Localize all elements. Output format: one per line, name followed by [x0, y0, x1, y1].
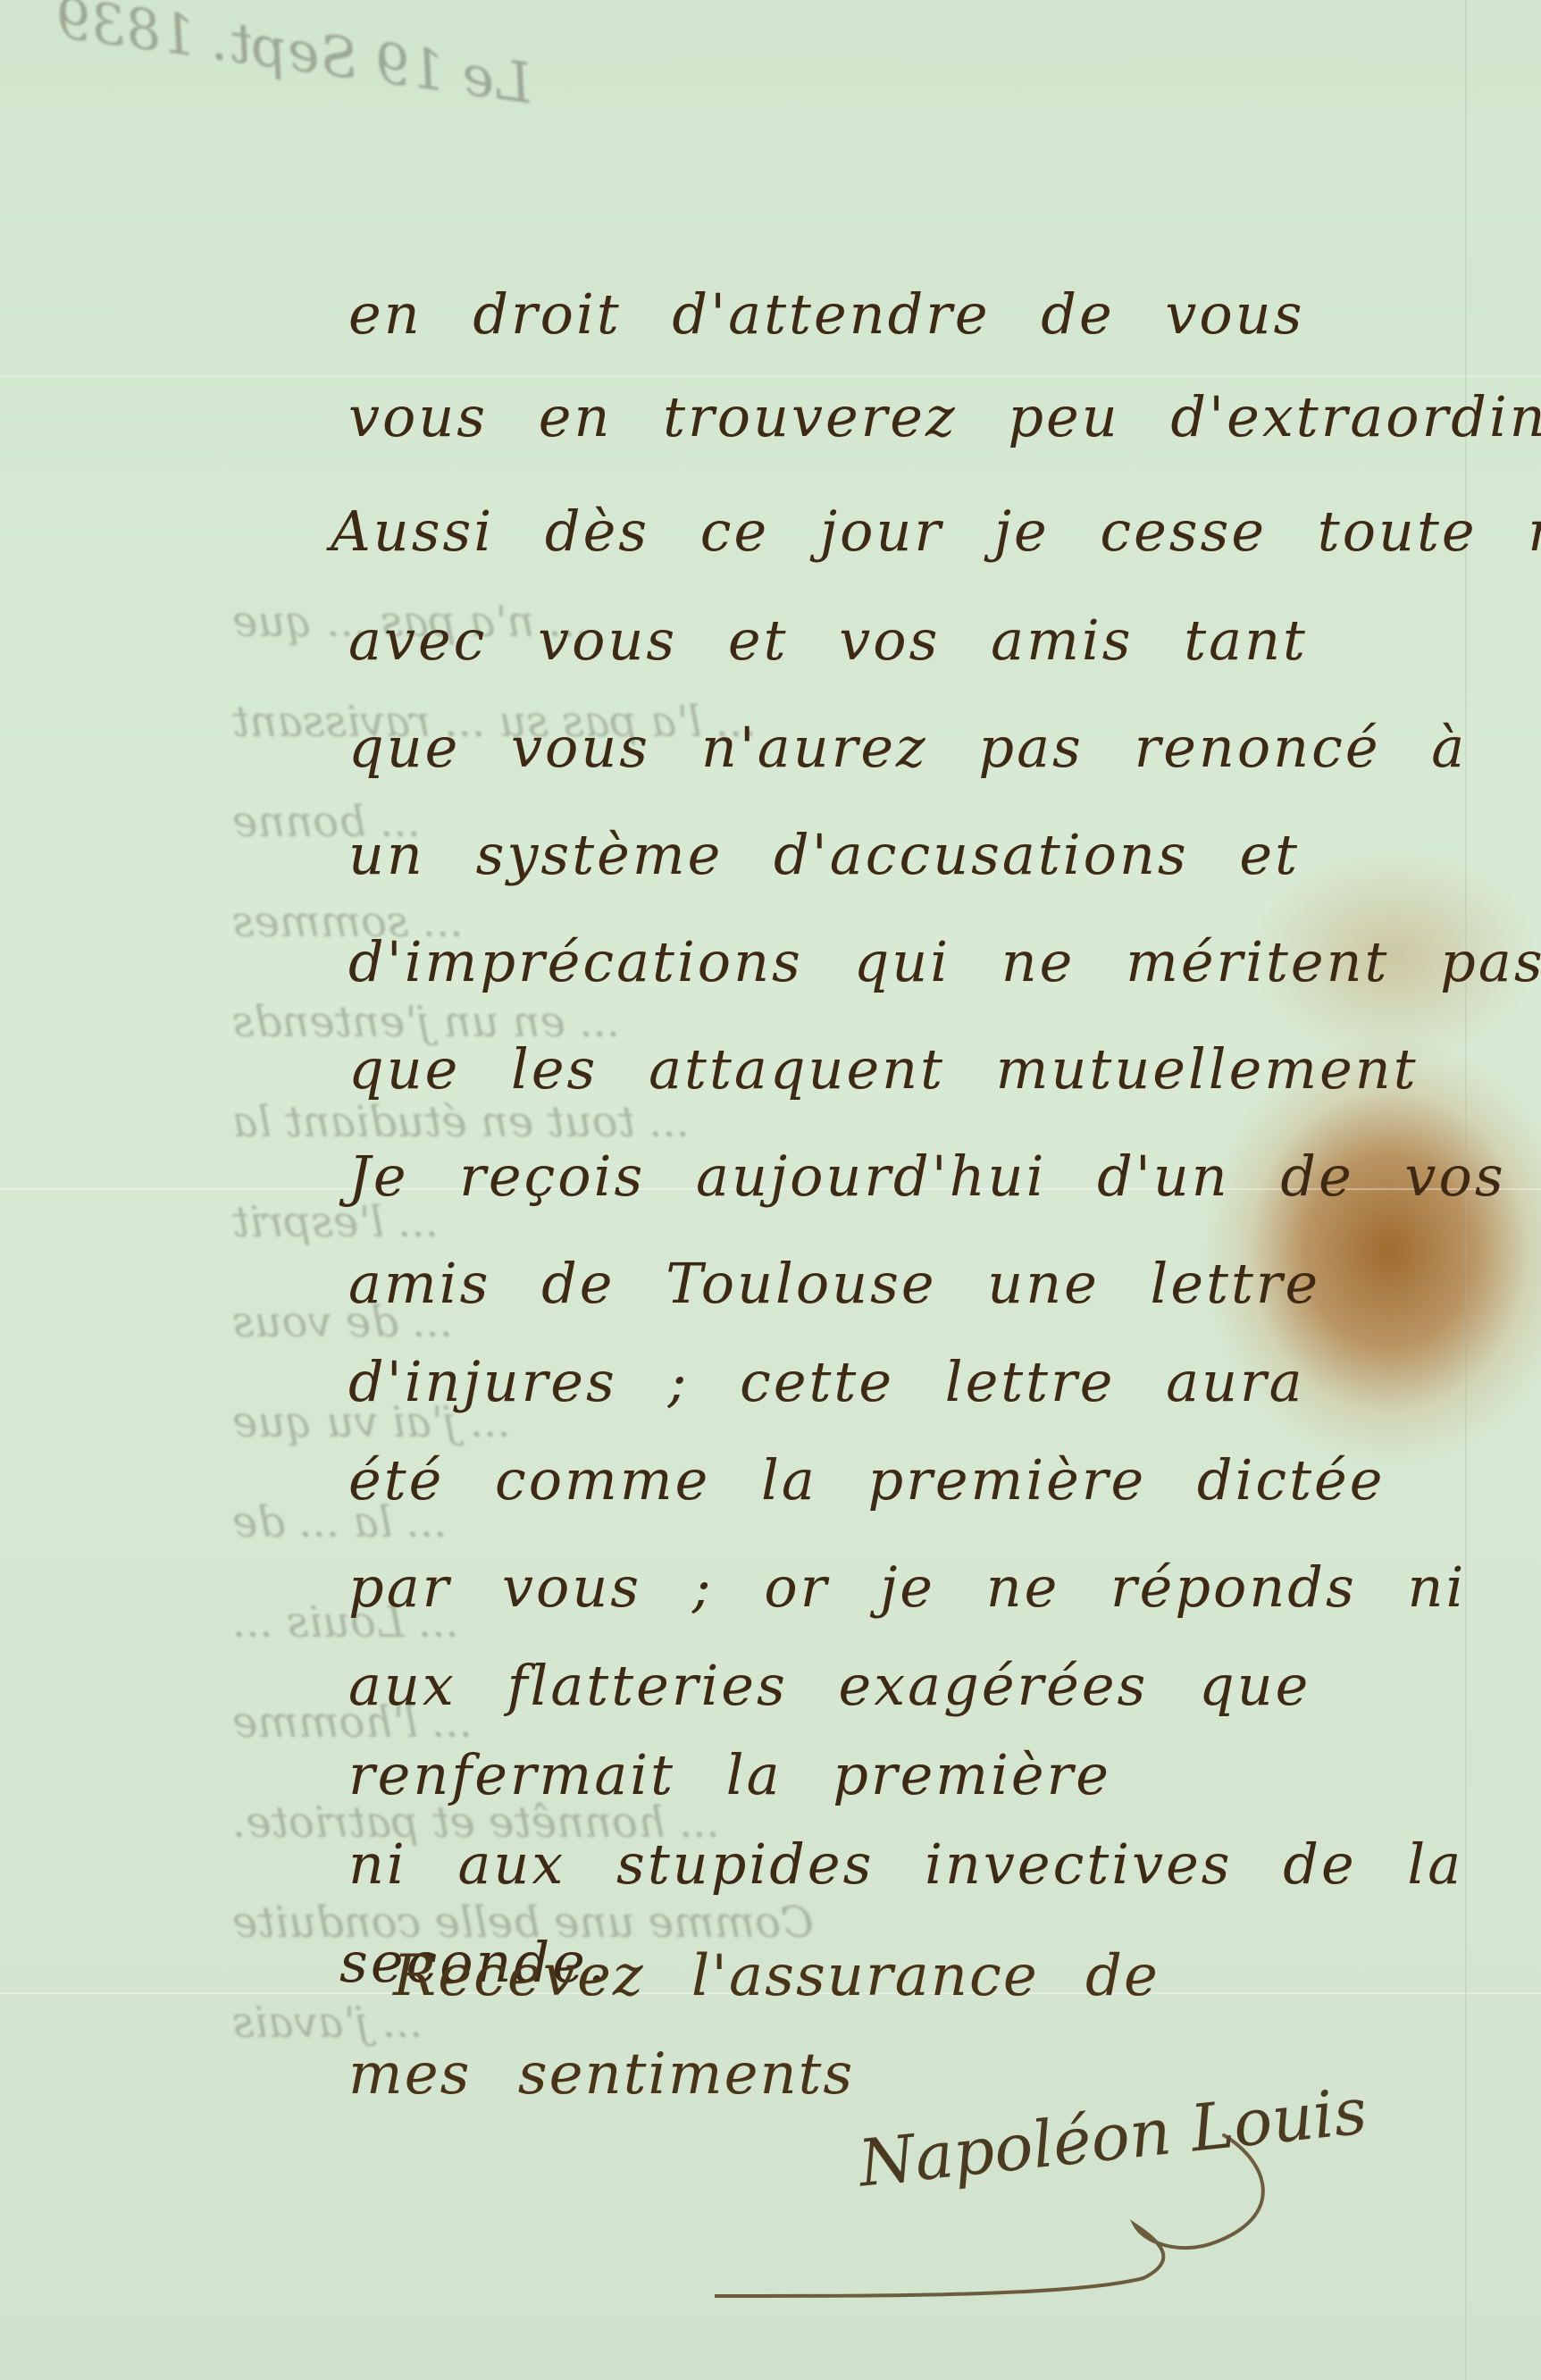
letter-line: un système d'accusations et [348, 822, 1300, 887]
letter-line: amis de Toulouse une lettre [348, 1251, 1320, 1316]
letter-line: d'injures ; cette lettre aura [348, 1349, 1305, 1414]
signature-paraph [715, 2108, 1519, 2305]
letter-line: vous en trouverez peu d'extraordinaire [348, 384, 1541, 449]
letter-line: Aussi dès ce jour je cesse toute relatio… [331, 499, 1541, 564]
letter-line: Je reçois aujourd'hui d'un de vos [348, 1144, 1506, 1209]
letter-line: avec vous et vos amis tant [348, 608, 1308, 673]
letter-line: aux flatteries exagérées que [348, 1653, 1311, 1718]
letter-line: en droit d'attendre de vous [348, 281, 1305, 347]
letter-line: ni aux stupides invectives de la [348, 1831, 1463, 1897]
letter-line: que vous n'aurez pas renoncé à [348, 715, 1467, 780]
fold-crease [0, 375, 1541, 377]
letter-line: que les attaquent mutuellement [348, 1036, 1419, 1102]
closing-line: mes sentiments [348, 2041, 854, 2108]
letter-line: renfermait la première [348, 1742, 1111, 1807]
closing-line: Recevez l'assurance de [393, 1943, 1160, 2009]
letter-line: par vous ; or je ne réponds ni [348, 1555, 1466, 1620]
letter-line: été comme la première dictée [348, 1447, 1385, 1513]
letter-line: d'imprécations qui ne méritent pas [348, 929, 1541, 994]
